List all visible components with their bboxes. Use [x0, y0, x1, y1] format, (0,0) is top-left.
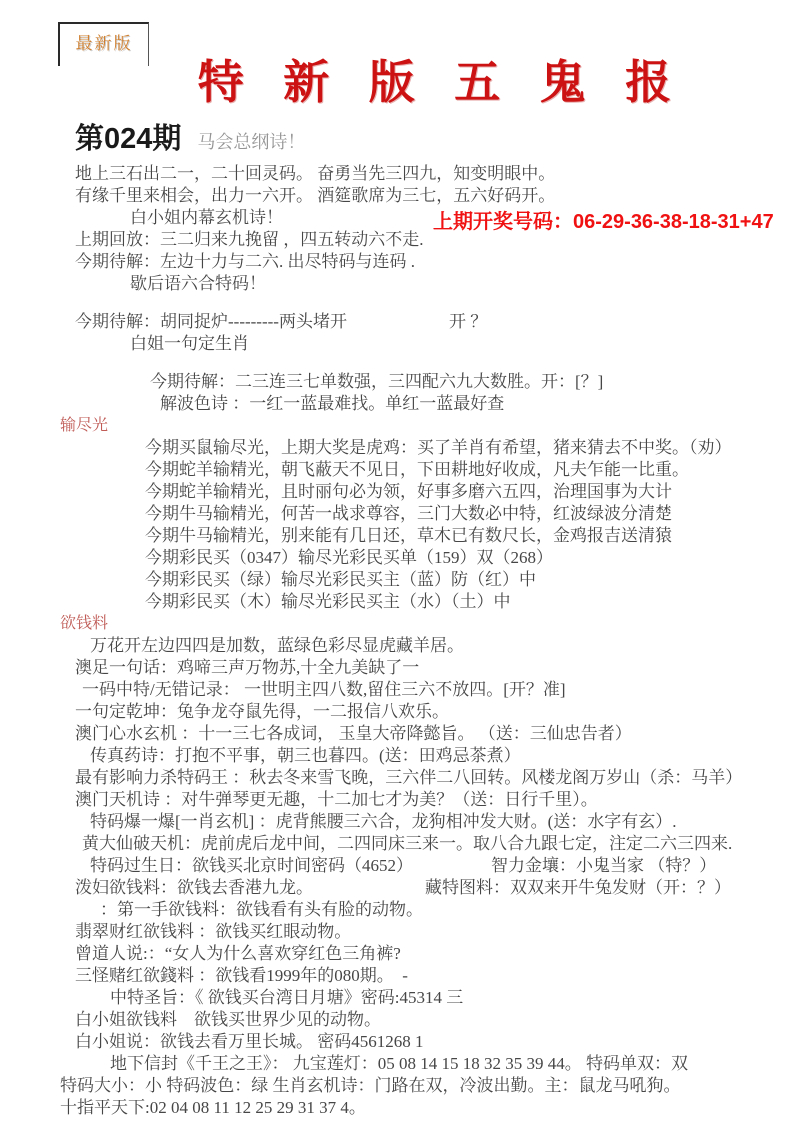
text-line: 今期牛马输精光，别来能有几日还，草木已有数尺长，金鸡报吉送清猿 — [145, 525, 793, 547]
text-line: 今期待解：左边十力与二六. 出尽特码与连码 . — [75, 251, 793, 273]
page: 最新版 特 新 版 五 鬼 报 第024期马会总纲诗！ 上期开奖号码：06-29… — [0, 0, 793, 1122]
text-line: 澳门天机诗 ：对牛弹琴更无趣，十二加七才为美？（送：日行千里）。 — [75, 789, 793, 811]
text-line: 曾道人说:：“女人为什么喜欢穿红色三角裤? — [75, 943, 793, 965]
text-line: 特码大小：小 特码波色：绿 生肖玄机诗：门路在双，冷波出勤。主：鼠龙马吼狗。 — [60, 1075, 793, 1097]
dual-text-line: 泼妇欲钱料：欲钱去香港九龙。藏特图料：双双来开牛兔发财（开：？） — [75, 877, 793, 899]
text-line: 十指平天下:02 04 08 11 12 25 29 31 37 4。 — [60, 1097, 793, 1119]
text-line: 一句定乾坤：兔争龙夺鼠先得，一二报信八欢乐。 — [75, 701, 793, 723]
text-line: 今期彩民买（0347）输尽光彩民买单（159）双（268） — [145, 547, 793, 569]
text-line: 黄大仙破天机：虎前虎后龙中间，二四同床三来一。取八合九跟七定，注定二六三四来. — [82, 833, 793, 855]
text-line: 今期牛马输精光，何苦一战求尊容，三门大数必中特，红波绿波分清楚 — [145, 503, 793, 525]
dual-left-text: 特码过生日：欲钱买北京时间密码（4652） — [90, 856, 413, 875]
text-line: 一码中特/无错记录： 一世明主四八数,留住三六不放四。[开？准] — [82, 679, 793, 701]
text-line: 今期蛇羊输精光，朝飞蔽天不见日，下田耕地好收成，凡夫乍能一比重。 — [145, 459, 793, 481]
text-line: ：第一手欲钱料：欲钱看有头有脸的动物。 — [100, 899, 793, 921]
section-header: 欲钱料 — [60, 614, 793, 634]
text-line: 中特圣旨：《 欲钱买台湾日月塘》密码:45314 三 — [110, 987, 793, 1009]
text-line: 澳门心水玄机 ：十一三七各成词， 玉皇大帝降懿旨。 （送：三仙忠告者） — [75, 723, 793, 745]
text-line: 今期待解：二三连三七单数强，三四配六九大数胜。开：[？] — [150, 371, 793, 393]
text-line: 歇后语六合特码！ — [130, 273, 793, 295]
page-title: 特 新 版 五 鬼 报 — [130, 46, 753, 112]
text-line: 今期彩民买（木）输尽光彩民买主（水）（土）中 — [145, 591, 793, 613]
last-draw-numbers: 上期开奖号码：06-29-36-38-18-31+47 — [433, 205, 774, 234]
text-line: 白小姐欲钱料 欲钱买世界少见的动物。 — [75, 1009, 793, 1031]
text-line: 解波色诗 ：一红一蓝最难找。单红一蓝最好查 — [160, 393, 793, 415]
issue-number: 第024期 — [75, 123, 181, 155]
text-line: 三怪赌红欲錢料 ：欲钱看1999年的080期。 - — [75, 965, 793, 987]
text-line: 翡翠财红欲钱料 ：欲钱买红眼动物。 — [75, 921, 793, 943]
text-line: 有缘千里来相会，出力一六开。 酒筵歌席为三七，五六好码开。 — [75, 185, 793, 207]
text-line: 今期蛇羊输精光，且时丽句必为领，好事多磨六五四，治理国事为大计 — [145, 481, 793, 503]
issue-subtitle: 马会总纲诗！ — [197, 132, 305, 152]
dual-text-line: 特码过生日：欲钱买北京时间密码（4652）智力金壤：小鬼当家 （特？） — [90, 855, 793, 877]
content: 地上三石出二一，二十回灵码。 奋勇当先三四九，知变明眼中。有缘千里来相会，出力一… — [60, 163, 793, 1119]
last-draw-value: 06-29-36-38-18-31+47 — [573, 211, 774, 233]
section-header: 输尽光 — [60, 416, 793, 436]
text-line: 今期彩民买（绿）输尽光彩民买主（蓝）防（红）中 — [145, 569, 793, 591]
text-line: 白小姐说：欲钱去看万里长城。 密码4561268 1 — [75, 1031, 793, 1053]
latest-edition-badge: 最新版 — [58, 22, 149, 66]
issue-row: 第024期马会总纲诗！ — [75, 116, 793, 157]
latest-edition-label: 最新版 — [76, 34, 133, 53]
dual-right-text: 智力金壤：小鬼当家 （特？） — [491, 856, 716, 875]
dual-left-text: 泼妇欲钱料：欲钱去香港九龙。 — [75, 878, 313, 897]
text-line: 地上三石出二一，二十回灵码。 奋勇当先三四九，知变明眼中。 — [75, 163, 793, 185]
text-line: 万花开左边四四是加数，蓝绿色彩尽显虎藏羊居。 — [90, 635, 793, 657]
text-line: 澳足一句话：鸡啼三声万物苏,十全九美缺了一 — [75, 657, 793, 679]
text-line: 最有影响力杀特码王 ：秋去冬来雪飞晚，三六伴二八回转。风楼龙阁万岁山（杀：马羊） — [75, 767, 793, 789]
text-line: 传真药诗：打抱不平事，朝三也暮四。(送：田鸡忌茶煮） — [90, 745, 793, 767]
text-line: 白姐一句定生肖 — [130, 333, 793, 355]
text-line: 特码爆一爆[一肖玄机] ：虎背熊腰三六合，龙狗相冲发大财。(送：水字有玄）. — [90, 811, 793, 833]
text-line: 今期买鼠输尽光，上期大奖是虎鸡：买了羊肖有希望，猪来猜去不中奖。（劝） — [145, 437, 793, 459]
dual-right-text: 藏特图料：双双来开牛兔发财（开：？） — [425, 878, 731, 897]
text-line: 今期待解：胡同捉炉---------两头堵开 开 ？ — [75, 311, 793, 333]
last-draw-label: 上期开奖号码： — [433, 211, 573, 233]
text-line: 地下信封《千王之王》： 九宝莲灯：05 08 14 15 18 32 35 39… — [110, 1053, 793, 1075]
